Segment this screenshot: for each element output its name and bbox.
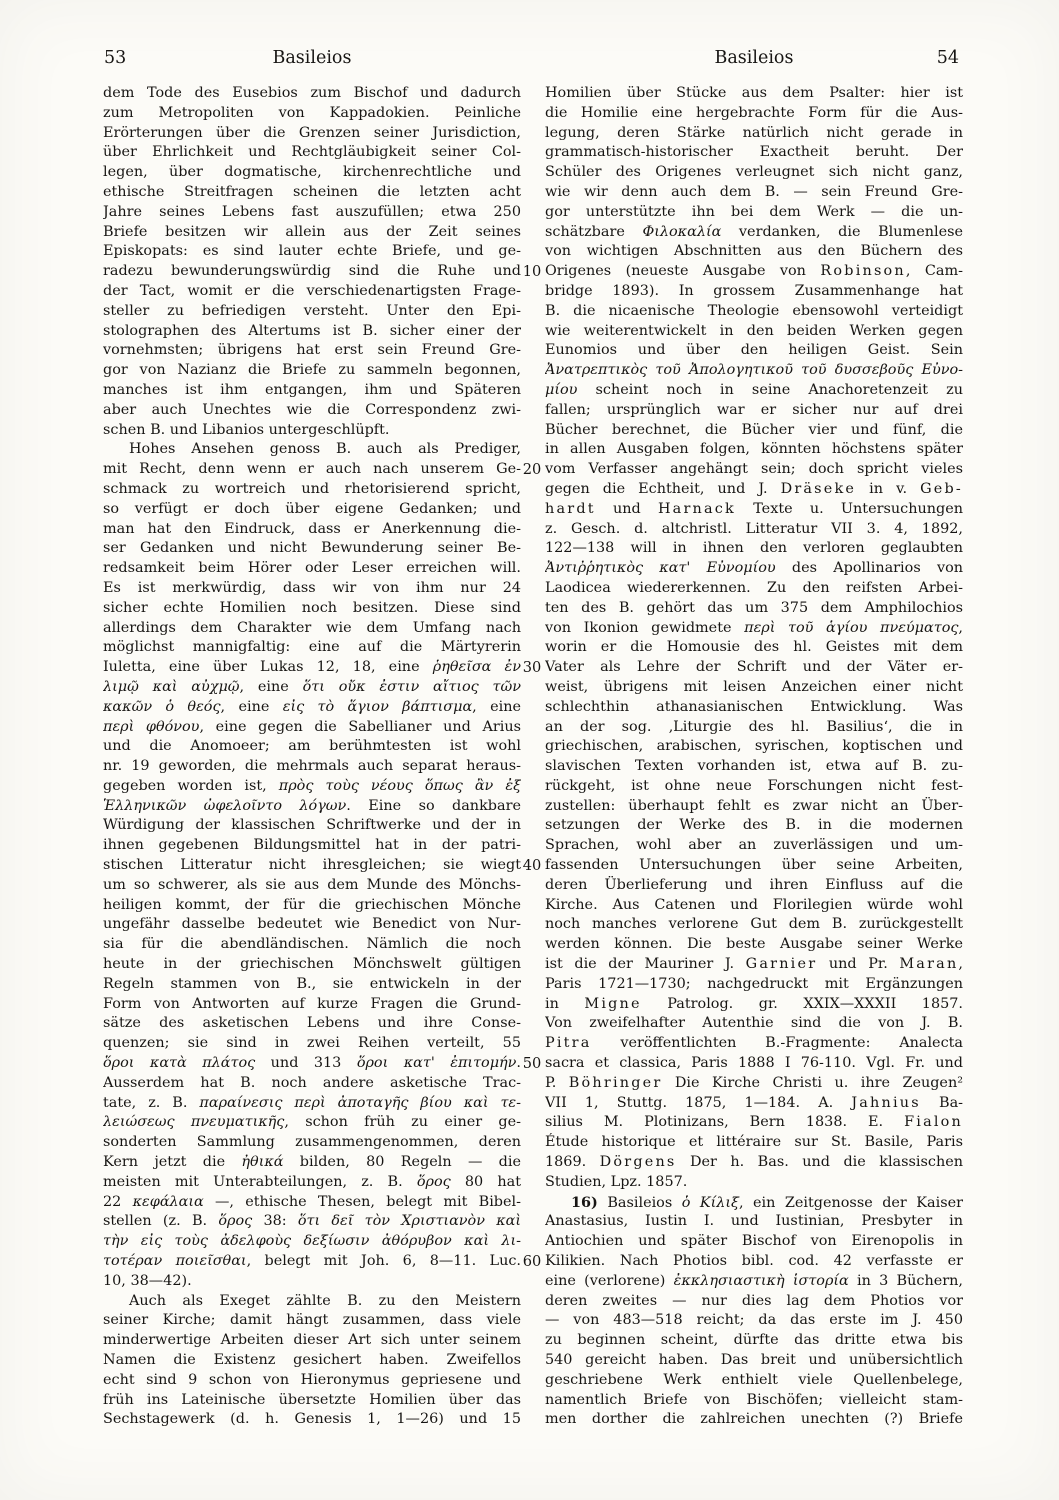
text-line: z. Gesch. d. altchristl. Litteratur VII … (545, 520, 963, 540)
text-line: griechischen, arabischen, syrischen, kop… (545, 737, 963, 757)
text-line: 10, 38—42). (103, 1272, 521, 1292)
text-line: schmack zu wortreich und rhetorisierend … (103, 480, 521, 500)
text-line: hardt und Harnack Texte u. Untersuchunge… (545, 500, 963, 520)
text-line: setzungen der Werke des B. in die modern… (545, 816, 963, 836)
text-line: namentlich Briefe von Bischöfen; viellei… (545, 1391, 963, 1411)
text-line: Regeln stammen von B., sie entwickeln in… (103, 975, 521, 995)
text-line: früh ins Lateinische übersetzte Homilien… (103, 1391, 521, 1411)
text-line: legen, über dogmatische, kirchenrechtlic… (103, 163, 521, 183)
text-line: um so schwerer, als sie aus dem Munde de… (103, 876, 521, 896)
text-line: stolographen des Altertums ist B. sicher… (103, 322, 521, 342)
text-line: man hat den Eindruck, dass er Anerkennun… (103, 520, 521, 540)
text-line: tate, z. B. παραίνεσις περὶ ἀποταγῆς βίο… (103, 1094, 521, 1114)
text-line: stellen (z. B. ὅρος 38: ὅτι δεῖ τὸν Χρισ… (103, 1212, 521, 1232)
text-line: 16) Basileios ὁ Κίλιξ, ein Zeitgenosse d… (545, 1193, 963, 1213)
text-line: Briefe besitzen wir allein aus der Zeit … (103, 223, 521, 243)
text-line: Homilien über Stücke aus dem Psalter: hi… (545, 84, 963, 104)
text-line: seiner Kirche; damit hängt zusammen, das… (103, 1311, 521, 1331)
text-line: Pitra veröffentlichten B.-Fragmente: Ana… (545, 1034, 963, 1054)
text-line: Origenes (neueste Ausgabe von Robinson, … (545, 262, 963, 282)
text-line: schen B. und Libanios untergeschlüpft. (103, 421, 521, 441)
text-line: worin er die Homousie des hl. Geistes mi… (545, 638, 963, 658)
text-line: μίου scheint noch in seine Anachoretenze… (545, 381, 963, 401)
left-running-title: Basileios (103, 46, 521, 70)
text-line: Erörterungen über die Grenzen seiner Jur… (103, 124, 521, 144)
text-line: Ἑλληνικῶν ὠφελοῖντο λόγων. Eine so dankb… (103, 797, 521, 817)
text-line: sicher echte Homilien noch besitzen. Die… (103, 599, 521, 619)
text-line: Ἀντιῤῥητικὸς κατ' Εὐνομίου des Apollinar… (545, 559, 963, 579)
text-line: λιμῷ καὶ αὐχμῷ, eine ὅτι οὔκ ἐστιν αἴτιο… (103, 678, 521, 698)
text-line: noch manches verlorene Gut dem B. zurück… (545, 915, 963, 935)
text-line: 122—138 will in ihnen den verloren gegla… (545, 539, 963, 559)
text-line: gor von Nazianz die Briefe zu sammeln be… (103, 361, 521, 381)
text-line: heiligen kommt, der für die griechischen… (103, 896, 521, 916)
gutter-line-number: 40 (519, 856, 545, 876)
text-line: nr. 19 geworden, die mehrmals auch separ… (103, 757, 521, 777)
text-line: manches ist ihm entgangen, ihm und Späte… (103, 381, 521, 401)
text-line: gegen die Echtheit, und J. Dräseke in v.… (545, 480, 963, 500)
text-line: Würdigung der klassischen Schriftwerke u… (103, 816, 521, 836)
text-line: zum Metropoliten von Kappadokien. Peinli… (103, 104, 521, 124)
text-line: slavischen Texten vorhanden ist, etwa au… (545, 757, 963, 777)
text-line: über Ehrlichkeit und Rechtgläubigkeit se… (103, 143, 521, 163)
text-line: Schüler des Origenes verleugnet sich nic… (545, 163, 963, 183)
text-line: Vater als Lehre der Schrift und der Väte… (545, 658, 963, 678)
text-line: sacra et classica, Paris 1888 I 76-110. … (545, 1054, 963, 1074)
text-line: allerdings dem Charakter wie dem Umfang … (103, 619, 521, 639)
text-line: gegeben worden ist, πρὸς τοὺς νέους ὅπως… (103, 777, 521, 797)
text-line: redsamkeit beim Hörer oder Leser erreich… (103, 559, 521, 579)
text-line: wie weiterentwickelt in den beiden Werke… (545, 322, 963, 342)
text-line: Ausserdem hat B. noch andere asketische … (103, 1074, 521, 1094)
text-line: von wichtigen Abschnitten aus den Bücher… (545, 242, 963, 262)
text-line: radezu bewunderungswürdig sind die Ruhe … (103, 262, 521, 282)
text-line: Sprachen, wohl aber an zuverlässigen und… (545, 836, 963, 856)
text-line: meisten mit Unterabteilungen, z. B. ὅρος… (103, 1173, 521, 1193)
text-line: werden können. Die beste Ausgabe seiner … (545, 935, 963, 955)
text-line: κακῶν ὁ θεός, eine εἰς τὸ ἅγιον βάπτισμα… (103, 698, 521, 718)
text-line: silius M. Plotinizans, Bern 1838. E. Fia… (545, 1113, 963, 1133)
text-line: vornehmsten; übrigens hat erst sein Freu… (103, 341, 521, 361)
text-line: legung, deren Stärke natürlich nicht ger… (545, 124, 963, 144)
text-line: Episkopats: es sind lauter echte Briefe,… (103, 242, 521, 262)
text-line: ὅροι κατὰ πλάτος und 313 ὅροι κατ' ἐπιτο… (103, 1054, 521, 1074)
text-line: 1869. Dörgens Der h. Bas. und die klassi… (545, 1153, 963, 1173)
text-line: wie wir denn auch dem B. — sein Freund G… (545, 183, 963, 203)
scanned-book-page: 53 Basileios Basileios 54 dem Tode des E… (0, 0, 1059, 1500)
text-line: fassenden Untersuchungen über seine Arbe… (545, 856, 963, 876)
text-line: Eunomios und über den heiligen Geist. Se… (545, 341, 963, 361)
text-line: heute in der griechischen Mönchswelt gül… (103, 955, 521, 975)
text-line: von Ikonion gewidmete περὶ τοῦ ἁγίου πνε… (545, 619, 963, 639)
text-line: mit Recht, denn wenn er auch nach unsere… (103, 460, 521, 480)
text-line: τὴν εἰς τοὺς ἀδελφοὺς δεξίωσιν ἀθόρυβον … (103, 1232, 521, 1252)
text-line: Auch als Exeget zählte B. zu den Meister… (103, 1292, 521, 1312)
text-line: λειώσεως πνευματικῆς, schon früh zu eine… (103, 1113, 521, 1133)
text-line: Kilikien. Nach Photios bibl. cod. 42 ver… (545, 1252, 963, 1272)
text-line: ist die der Mauriner J. Garnier und Pr. … (545, 955, 963, 975)
text-line: schlechthin athanasianischen Entwicklung… (545, 698, 963, 718)
text-line: zu beginnen scheint, dürfte das dritte e… (545, 1331, 963, 1351)
text-line: VII 1, Stuttg. 1875, 1—184. A. Jahnius B… (545, 1094, 963, 1114)
text-line: Studien, Lpz. 1857. (545, 1173, 963, 1193)
text-line: sonderten Sammlung zusammengenommen, der… (103, 1133, 521, 1153)
gutter-line-number: 50 (519, 1054, 545, 1074)
text-line: P. Böhringer Die Kirche Christi u. ihre … (545, 1074, 963, 1094)
text-line: die Homilie eine hergebrachte Form für d… (545, 104, 963, 124)
gutter-line-number: 60 (519, 1252, 545, 1272)
text-line: gor unterstützte ihn bei dem Werk — die … (545, 203, 963, 223)
text-line: echt sind 9 schon von Hieronymus gepries… (103, 1371, 521, 1391)
text-line: ethische Streitfragen scheinen die letzt… (103, 183, 521, 203)
text-line: Étude historique et littéraire sur St. B… (545, 1133, 963, 1153)
right-page-number: 54 (899, 46, 959, 70)
text-line: — von 483—518 reicht; da das erste im J.… (545, 1311, 963, 1331)
text-line: vom Verfasser angehängt sein; doch spric… (545, 460, 963, 480)
text-line: stischen Litteratur nicht ihresgleichen;… (103, 856, 521, 876)
text-line: quenzen; sie sind in zwei Reihen verteil… (103, 1034, 521, 1054)
text-line: minderwertige Arbeiten dieser Art sich u… (103, 1331, 521, 1351)
text-line: Sechstagewerk (d. h. Genesis 1, 1—26) un… (103, 1410, 521, 1430)
text-line: so verfügt er doch über eigene Gedanken;… (103, 500, 521, 520)
text-line: weist, übrigens mit leisen Anzeichen ein… (545, 678, 963, 698)
gutter-line-number: 10 (519, 262, 545, 282)
text-line: Anastasius, Iustin I. und Iustinian, Pre… (545, 1212, 963, 1232)
text-line: dem Tode des Eusebios zum Bischof und da… (103, 84, 521, 104)
text-line: der Tact, womit er die verschiedenartigs… (103, 282, 521, 302)
text-line: schätzbare Φιλοκαλία verdanken, die Blum… (545, 223, 963, 243)
text-line: aber auch Unechtes wie die Correspondenz… (103, 401, 521, 421)
text-line: 540 gereicht haben. Das breit und unüber… (545, 1351, 963, 1371)
text-line: sia für die abendländischen. Nämlich die… (103, 935, 521, 955)
text-line: Form von Antworten auf kurze Fragen die … (103, 995, 521, 1015)
text-line: Antiochien und später Bischof von Eireno… (545, 1232, 963, 1252)
text-line: B. die nicaenische Theologie ebensowohl … (545, 302, 963, 322)
text-line: Ἀνατρεπτικὸς τοῦ Ἀπολογητικοῦ τοῦ δυσσεβ… (545, 361, 963, 381)
text-line: 22 κεφάλαια —, ethische Thesen, belegt m… (103, 1193, 521, 1213)
left-text-column: dem Tode des Eusebios zum Bischof und da… (103, 84, 521, 1430)
text-line: Von zweifelhafter Autenthie sind die von… (545, 1014, 963, 1034)
text-line: Iuletta, eine über Lukas 12, 18, eine ῥη… (103, 658, 521, 678)
text-line: Hohes Ansehen genoss B. auch als Predige… (103, 440, 521, 460)
text-line: eine (verlorene) ἐκκλησιαστικὴ ἱστορία i… (545, 1272, 963, 1292)
text-line: men dorther die zahlreichen unechten (?)… (545, 1410, 963, 1430)
text-line: Kirche. Aus Catenen und Florilegien würd… (545, 896, 963, 916)
text-line: ungefähr dasselbe bedeutet wie Benedict … (103, 915, 521, 935)
text-line: deren Überlieferung und ihren Einfluss a… (545, 876, 963, 896)
text-line: Bücher berechnet, die Bücher vier und fü… (545, 421, 963, 441)
text-line: Laodicea wiedererkennen. Zu den reifsten… (545, 579, 963, 599)
text-line: und die Anomoeer; am berühmtesten ist wo… (103, 737, 521, 757)
text-line: Jahre seines Lebens fast auszufüllen; et… (103, 203, 521, 223)
text-line: τοτέραν ποιεῖσθαι, belegt mit Joh. 6, 8—… (103, 1252, 521, 1272)
text-line: grammatisch-historischer Exactheit beruh… (545, 143, 963, 163)
gutter-line-number: 20 (519, 460, 545, 480)
text-line: geschriebene Werk enthielt viele Quellen… (545, 1371, 963, 1391)
text-line: rückgeht, ist ohne neue Forschungen nich… (545, 777, 963, 797)
text-line: zustellen: überhaupt fehlt es zwar nicht… (545, 797, 963, 817)
text-line: Es ist merkwürdig, dass wir von ihm nur … (103, 579, 521, 599)
text-line: möglichst mannigfaltig: eine auf die Mär… (103, 638, 521, 658)
text-line: Kern jetzt die ἠθικά bilden, 80 Regeln —… (103, 1153, 521, 1173)
text-line: Paris 1721—1730; nachgedruckt mit Ergänz… (545, 975, 963, 995)
text-line: Namen die Existenz gesichert haben. Zwei… (103, 1351, 521, 1371)
right-text-column: Homilien über Stücke aus dem Psalter: hi… (545, 84, 963, 1430)
text-line: steller zu befriedigen versteht. Unter d… (103, 302, 521, 322)
text-line: ihnen gegebenen Bildungsmittel hat in de… (103, 836, 521, 856)
gutter-line-number: 30 (519, 658, 545, 678)
text-line: ser Gedanken und nicht Bewunderung seine… (103, 539, 521, 559)
text-line: fallen; ursprünglich war er sicher nur a… (545, 401, 963, 421)
text-line: ten des B. gehört das um 375 dem Amphilo… (545, 599, 963, 619)
text-line: deren zweites — nur dies lag dem Photios… (545, 1292, 963, 1312)
text-line: sätze des asketischen Lebens und ihre Co… (103, 1014, 521, 1034)
text-line: bridge 1893). In grossem Zusammenhange h… (545, 282, 963, 302)
text-line: in Migne Patrolog. gr. XXIX—XXXII 1857. (545, 995, 963, 1015)
text-line: περὶ φθόνου, eine gegen die Sabellianer … (103, 718, 521, 738)
text-line: an der sog. ‚Liturgie des hl. Basilius‘,… (545, 718, 963, 738)
text-line: in allen Ausgaben folgen, könnten höchst… (545, 440, 963, 460)
